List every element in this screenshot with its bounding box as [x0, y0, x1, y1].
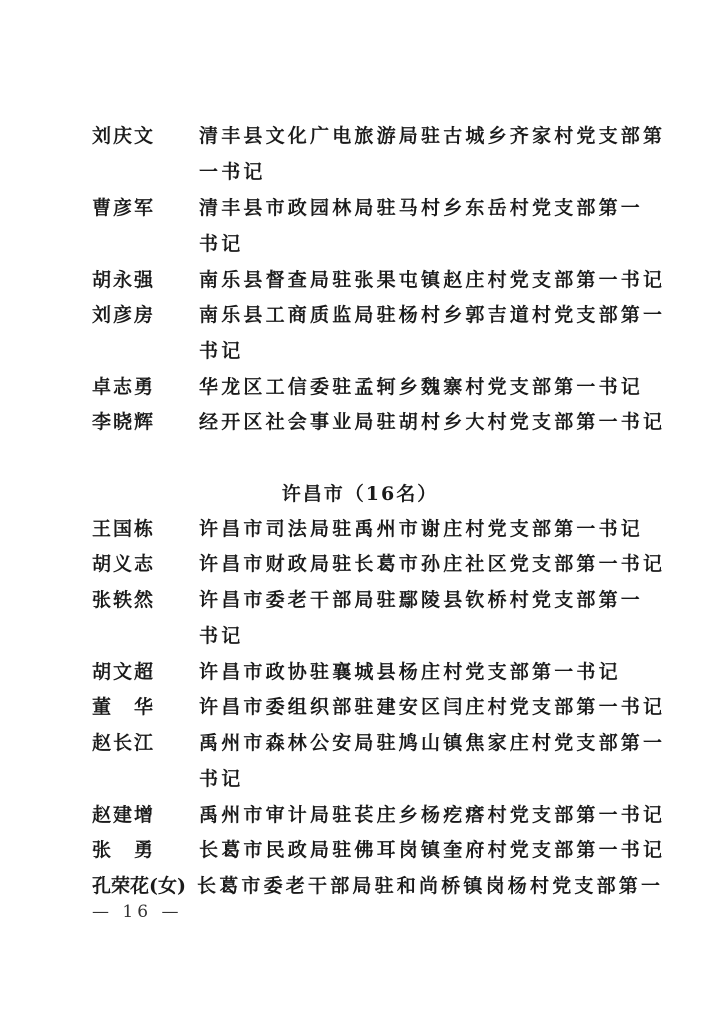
position-text: 清丰县文化广电旅游局驻古城乡齐家村党支部第	[199, 121, 639, 148]
position-text: 长葛市委老干部局驻和尚桥镇岗杨村党支部第一	[197, 871, 637, 898]
position-text: 禹州市审计局驻苌庄乡杨疙瘩村党支部第一书记	[199, 800, 639, 827]
person-name: 张轶然	[92, 585, 192, 612]
position-text: 书记	[199, 621, 639, 648]
person-name: 张 勇	[92, 835, 192, 862]
person-name: 孔荣花(女)	[92, 871, 202, 898]
document-page: 许昌市（16名） 刘庆文清丰县文化广电旅游局驻古城乡齐家村党支部第一书记曹彦军清…	[0, 0, 720, 1018]
person-name: 胡永强	[92, 265, 192, 292]
person-name: 刘庆文	[92, 121, 192, 148]
position-text: 书记	[199, 336, 639, 363]
page-number: — 16 —	[92, 902, 182, 922]
position-text: 许昌市司法局驻禹州市谢庄村党支部第一书记	[199, 514, 639, 541]
position-text: 南乐县督查局驻张果屯镇赵庄村党支部第一书记	[199, 265, 639, 292]
person-name: 董 华	[92, 692, 192, 719]
position-text: 许昌市政协驻襄城县杨庄村党支部第一书记	[199, 657, 639, 684]
position-text: 许昌市财政局驻长葛市孙庄社区党支部第一书记	[199, 549, 639, 576]
person-name: 赵建增	[92, 800, 192, 827]
person-name: 卓志勇	[92, 372, 192, 399]
position-text: 长葛市民政局驻佛耳岗镇奎府村党支部第一书记	[199, 835, 639, 862]
position-text: 一书记	[199, 157, 639, 184]
position-text: 南乐县工商质监局驻杨村乡郭吉道村党支部第一	[199, 300, 639, 327]
person-name: 李晓辉	[92, 407, 192, 434]
person-name: 曹彦军	[92, 193, 192, 220]
person-name: 胡文超	[92, 657, 192, 684]
position-text: 书记	[199, 764, 639, 791]
position-text: 经开区社会事业局驻胡村乡大村党支部第一书记	[199, 407, 639, 434]
person-name: 王国栋	[92, 514, 192, 541]
position-text: 华龙区工信委驻孟轲乡魏寨村党支部第一书记	[199, 372, 639, 399]
position-text: 清丰县市政园林局驻马村乡东岳村党支部第一	[199, 193, 639, 220]
person-name: 刘彦房	[92, 300, 192, 327]
position-text: 禹州市森林公安局驻鸠山镇焦家庄村党支部第一	[199, 728, 639, 755]
person-name: 赵长江	[92, 728, 192, 755]
position-text: 许昌市委老干部局驻鄢陵县钦桥村党支部第一	[199, 585, 639, 612]
section-title-xuchang: 许昌市（16名）	[0, 479, 720, 506]
position-text: 书记	[199, 229, 639, 256]
position-text: 许昌市委组织部驻建安区闫庄村党支部第一书记	[199, 692, 639, 719]
person-name: 胡义志	[92, 549, 192, 576]
